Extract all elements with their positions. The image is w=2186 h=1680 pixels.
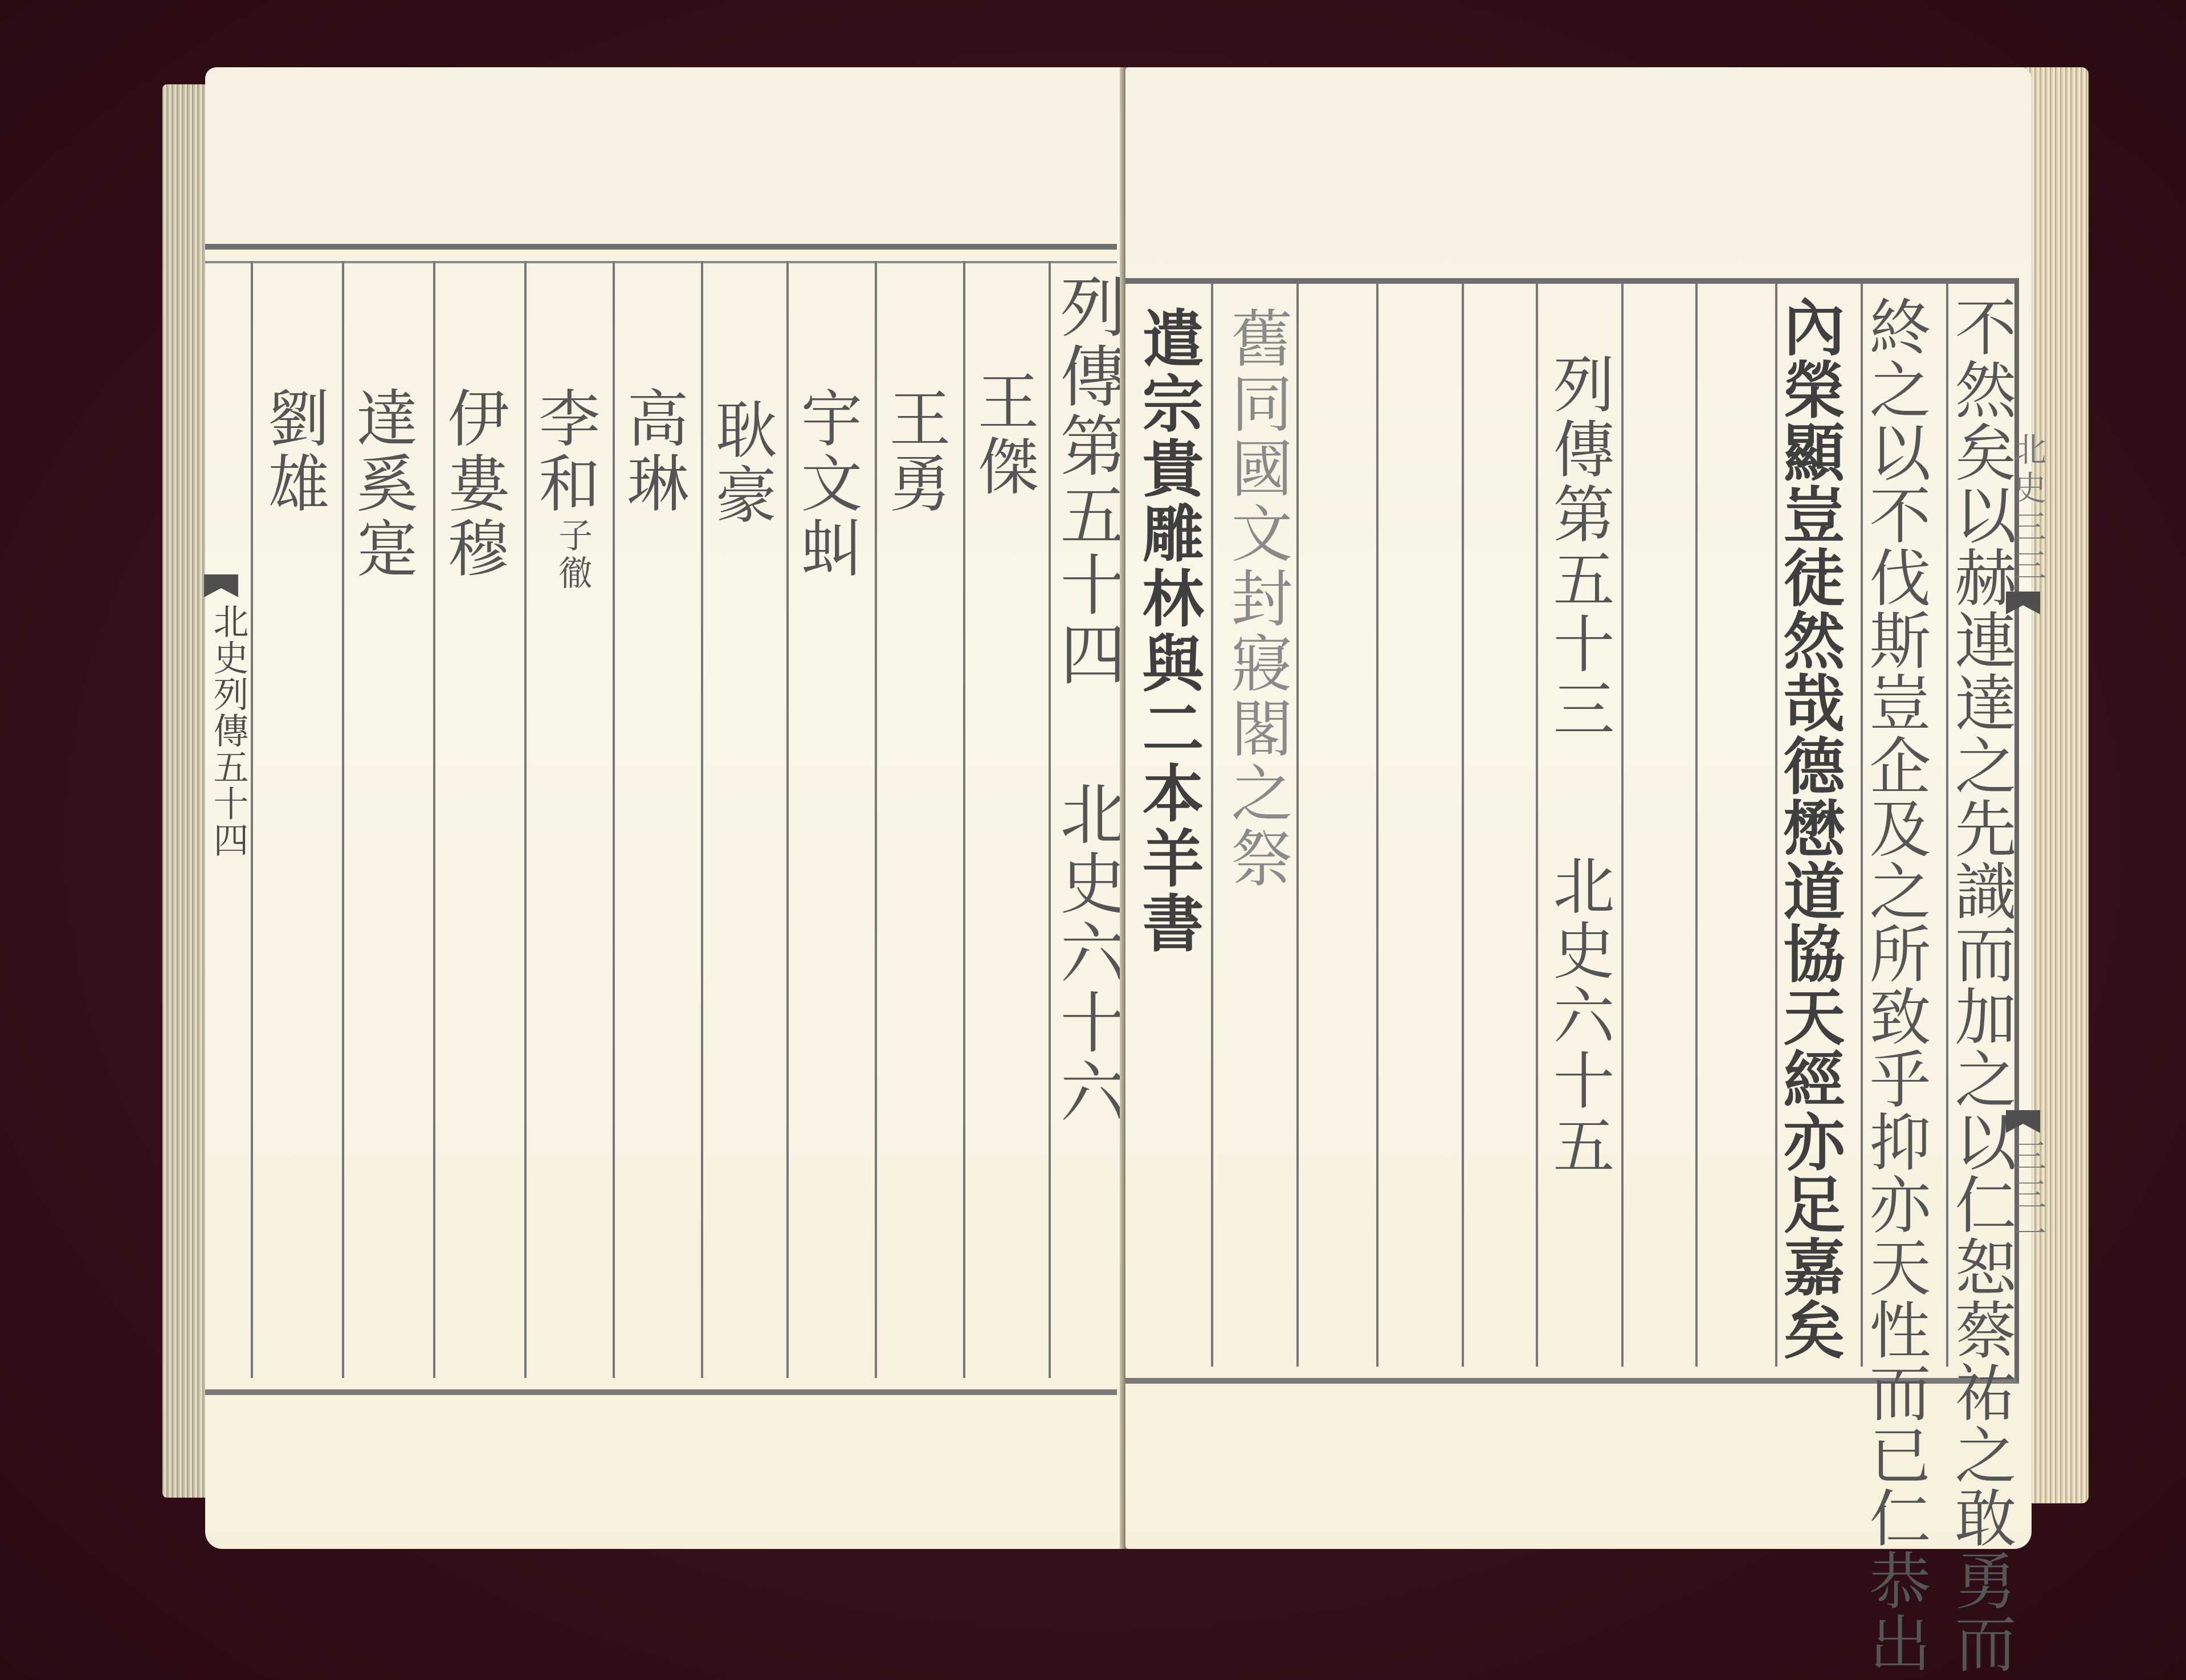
column-rule [1376, 284, 1379, 1367]
volume-label: 北史六十六 [1054, 780, 1120, 1127]
column-rule [342, 261, 344, 1378]
column-rule [963, 261, 965, 1378]
edge-mark: 北史三三 [2003, 432, 2051, 587]
name-entry: 宇文虯 [795, 386, 857, 581]
column-rule [524, 261, 527, 1378]
fishtail-mark [2006, 1110, 2040, 1133]
name-annotation: 子徹 [556, 517, 590, 593]
name-entry: 李和 [533, 386, 594, 516]
column-rule [1462, 284, 1464, 1367]
column-rule [1536, 284, 1538, 1367]
closing-chapter: 列傳第五十三 [1547, 352, 1609, 742]
column-rule [1296, 284, 1299, 1367]
column-rule [1211, 284, 1213, 1367]
text-column: 不然矣以赫連達之先識而加之以仁恕蔡祐之敢勇而 [1949, 295, 2010, 1674]
name-entry: 達奚寔 [350, 386, 412, 581]
text-column: 內榮顯豈徒然哉德懋道協天經亦足嘉矣 [1778, 295, 1840, 1361]
column-rule [1621, 284, 1624, 1367]
left-page: 列傳第五十四 北史六十六 王傑 王勇 宇文虯 耿豪 高琳 李和 子徹 伊婁穆 達… [205, 67, 1123, 1549]
column-rule [433, 261, 435, 1378]
name-entry: 王傑 [972, 369, 1033, 499]
column-rule [786, 261, 789, 1378]
column-rule [701, 261, 703, 1378]
edge-mark: 三三一 [2003, 1139, 2051, 1255]
colophon-column: 舊同國文封寢閣之祭 [1225, 307, 1287, 891]
page-edges-left [162, 84, 208, 1498]
name-entry: 王勇 [883, 386, 945, 516]
margin-title: 北史列傳五十四 [203, 603, 254, 858]
column-rule [1695, 284, 1698, 1367]
chapter-heading: 列傳第五十四 [1054, 272, 1120, 690]
right-page: 不然矣以赫連達之先識而加之以仁恕蔡祐之敢勇而 終之以不伐斯豈企及之所致乎抑亦天性… [1125, 67, 2032, 1549]
name-entry: 高琳 [621, 386, 683, 516]
open-book: 列傳第五十四 北史六十六 王傑 王勇 宇文虯 耿豪 高琳 李和 子徹 伊婁穆 達… [162, 67, 2089, 1549]
text-column: 終之以不伐斯豈企及之所致乎抑亦天性而已仁恭出 [1863, 295, 1925, 1674]
fishtail-mark [2006, 592, 2040, 614]
name-entry: 劉雄 [262, 386, 324, 516]
colophon-column: 遣宗貴雕林與二本羊書 [1137, 307, 1198, 956]
name-entry: 伊婁穆 [442, 386, 503, 581]
closing-volume: 北史六十五 [1547, 854, 1609, 1179]
column-rule [613, 261, 615, 1378]
column-rule [875, 261, 877, 1378]
name-entry: 耿豪 [709, 398, 771, 528]
